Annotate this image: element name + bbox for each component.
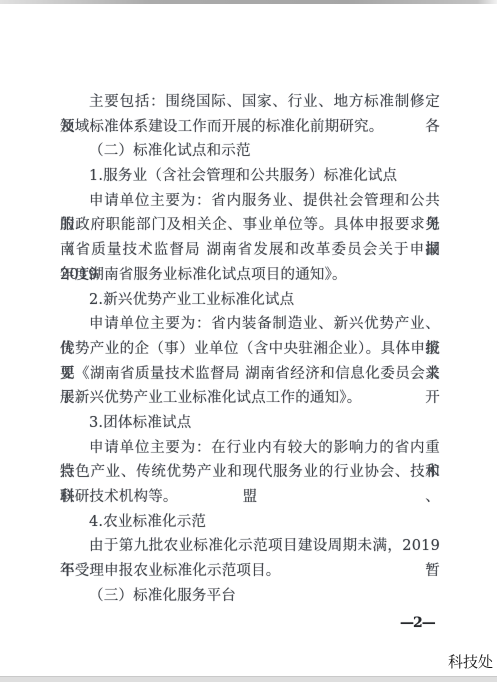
text-line: 优势产业的企（事）业单位（含中央驻湘企业）。具体申报要求 — [60, 337, 440, 362]
text-line: 申请单位主要为：在行业内有较大的影响力的省内重点和 — [60, 436, 440, 461]
text-line: 年度湖南省服务业标准化试点项目的通知》。 — [60, 263, 440, 288]
document-text-block: 主要包括：围绕国际、国家、行业、地方标准制修定及各领域标准体系建设工作而开展的标… — [60, 90, 440, 608]
text-line: 特色产业、传统优势产业和现代服务业的行业协会、技术联盟、 — [60, 460, 440, 485]
text-line: 2.新兴优势产业工业标准化试点 — [60, 288, 440, 313]
text-line: 申请单位主要为：省内装备制造业、新兴优势产业、传统 — [60, 312, 440, 337]
text-line: 的政府职能部门及相关企、事业单位等。具体申报要求见《湖 — [60, 213, 440, 238]
text-line: （二）标准化试点和示范 — [60, 139, 440, 164]
text-line: 由于第九批农业标准化示范项目建设周期未满，2019 年暂 — [60, 534, 440, 559]
text-line: 3.团体标准试点 — [60, 411, 440, 436]
document-page: 主要包括：围绕国际、国家、行业、地方标准制修定及各领域标准体系建设工作而开展的标… — [0, 0, 497, 682]
page-number: —2— — [400, 615, 435, 631]
text-line: 4.农业标准化示范 — [60, 510, 440, 535]
text-line: 南省质量技术监督局 湖南省发展和改革委员会关于申报 2019 — [60, 238, 440, 263]
text-line: 申请单位主要为：省内服务业、提供社会管理和公共服务 — [60, 189, 440, 214]
page-bottom-edge — [0, 676, 497, 682]
text-line: 主要包括：围绕国际、国家、行业、地方标准制修定及各 — [60, 90, 440, 115]
page-top-edge — [0, 0, 497, 4]
text-line: （三）标准化服务平台 — [60, 584, 440, 609]
department-watermark: 科技处 — [448, 651, 493, 672]
text-line: 见《湖南省质量技术监督局 湖南省经济和信息化委员会关于开 — [60, 362, 440, 387]
text-line: 1.服务业（含社会管理和公共服务）标准化试点 — [60, 164, 440, 189]
text-line: 领域标准体系建设工作而开展的标准化前期研究。 — [60, 115, 440, 140]
